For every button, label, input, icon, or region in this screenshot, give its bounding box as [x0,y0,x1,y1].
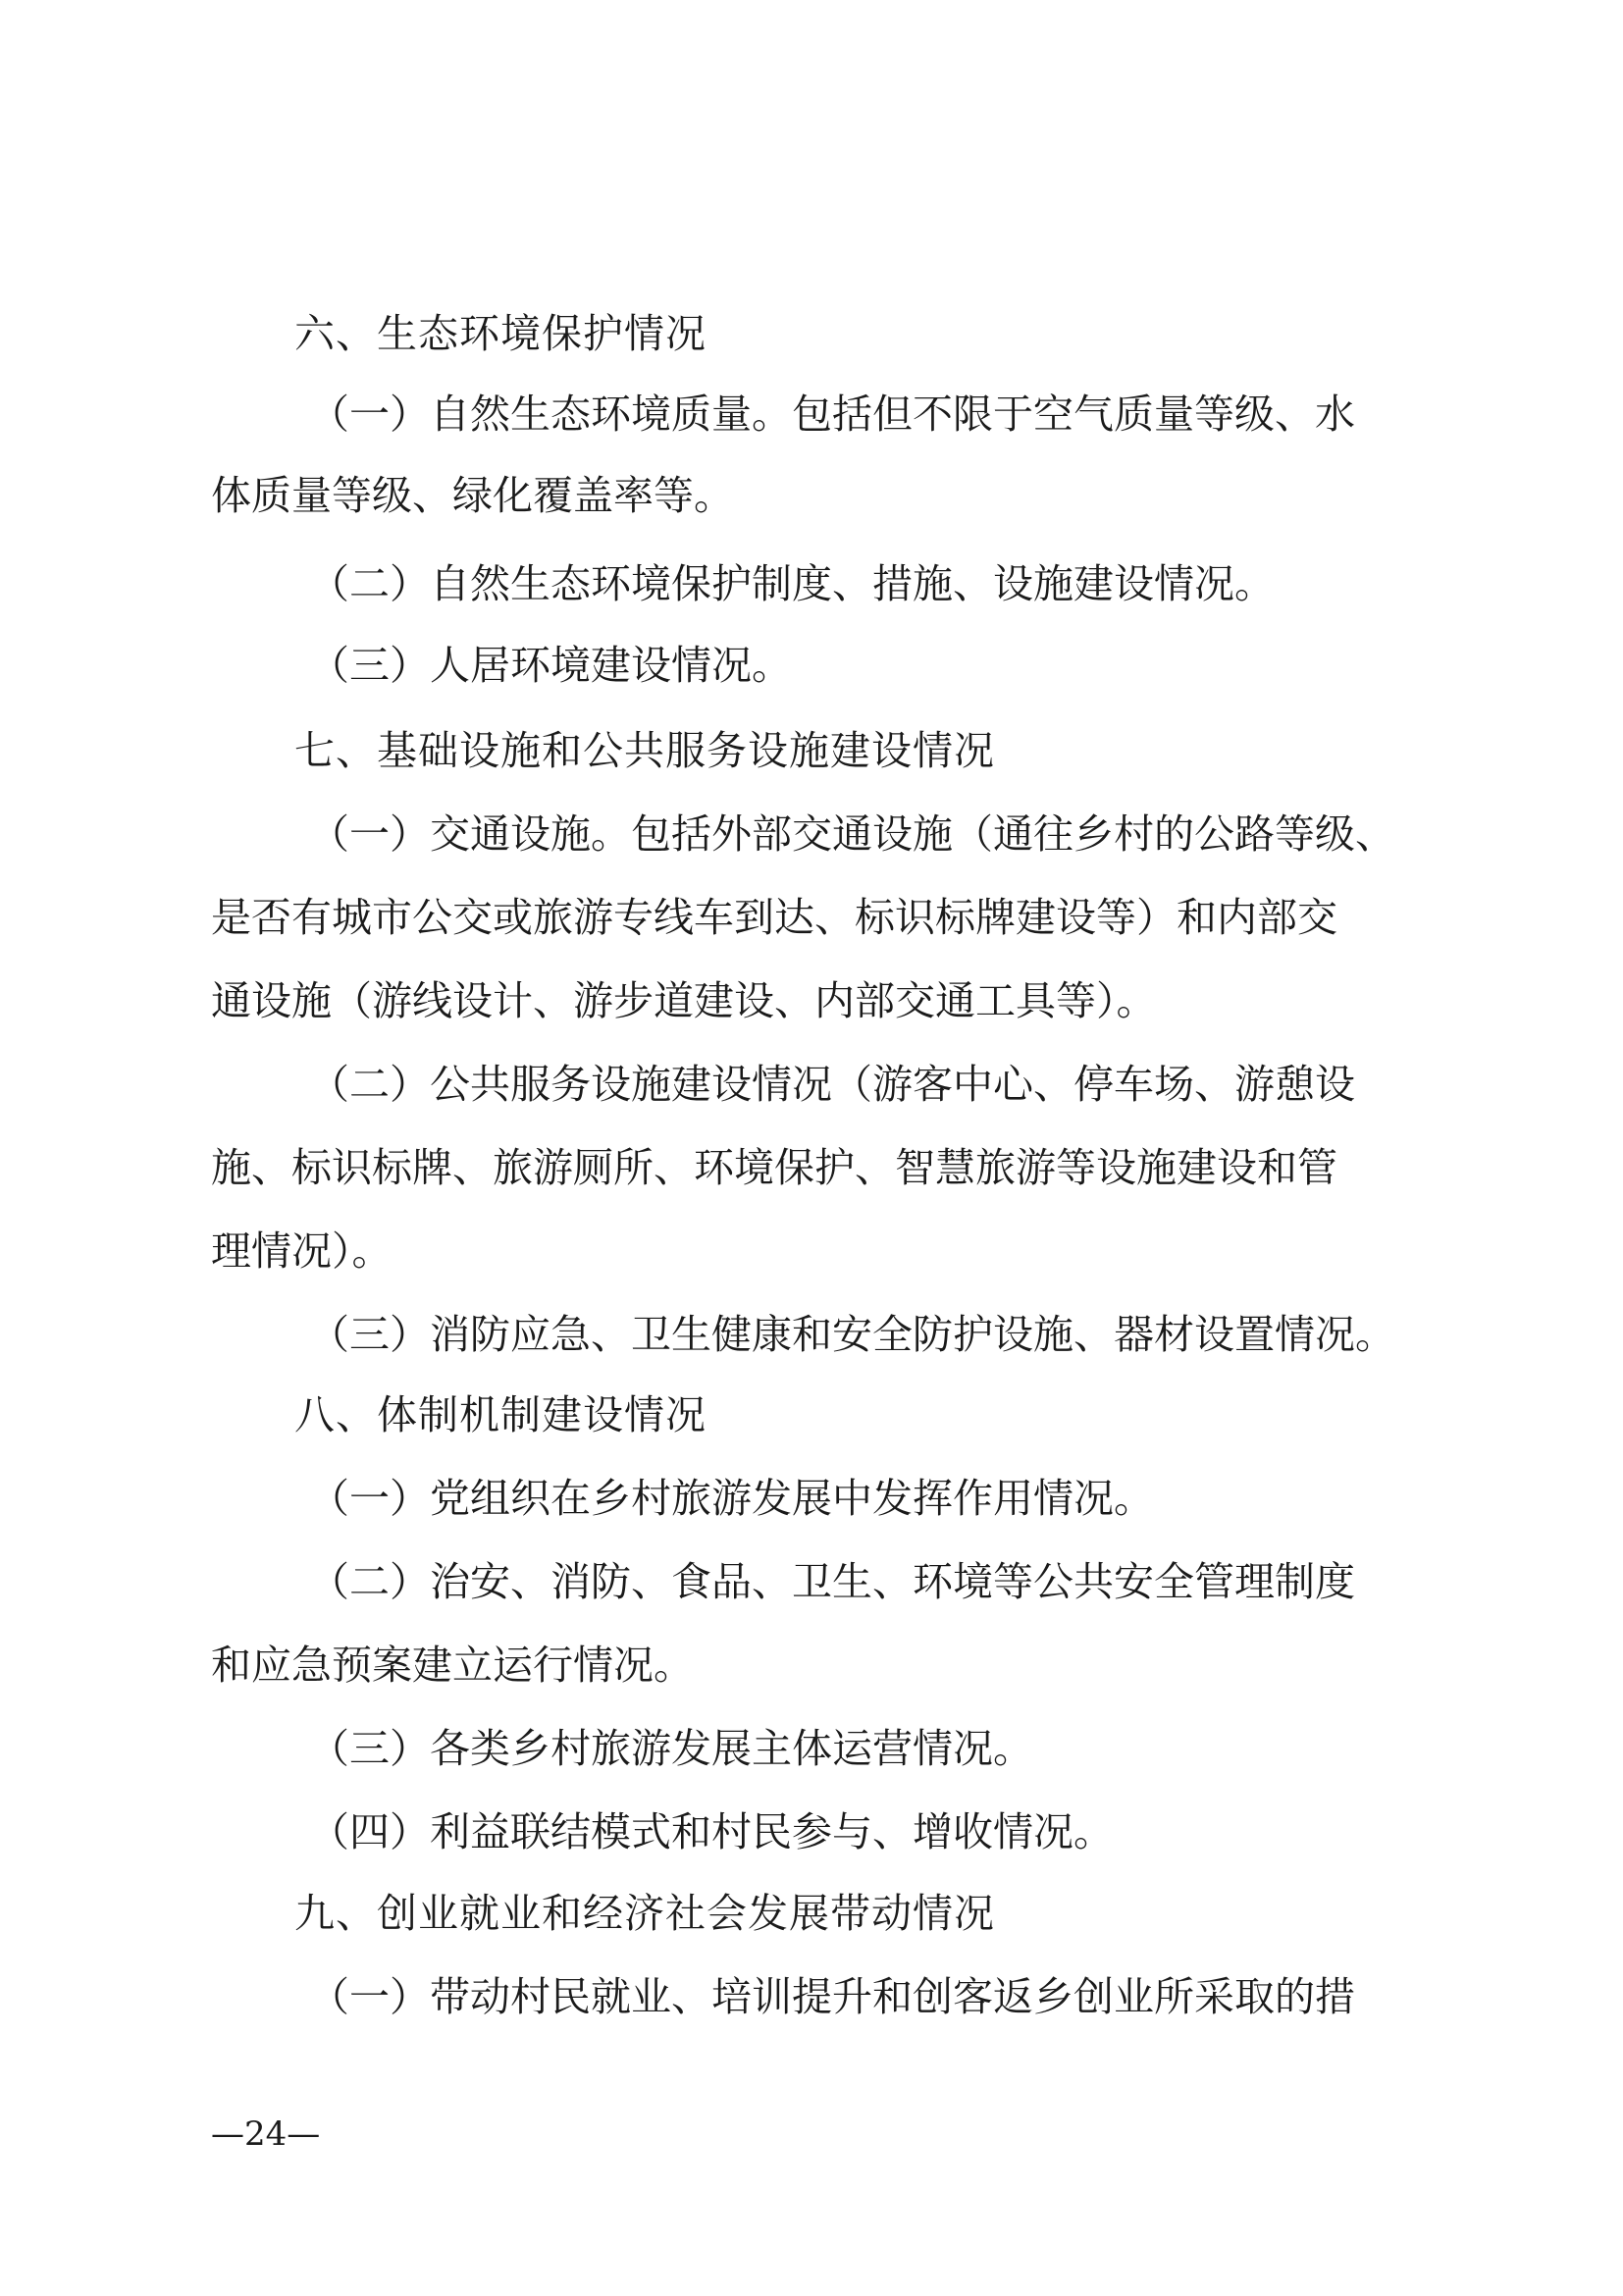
paragraph-line: （三）人居环境建设情况。 [0,636,1623,695]
paragraph-line: （四）利益联结模式和村民参与、增收情况。 [0,1802,1623,1861]
paragraph-line: （一）党组织在乡村旅游发展中发挥作用情况。 [0,1469,1623,1528]
section-heading-7: 七、基础设施和公共服务设施建设情况 [0,721,1623,780]
paragraph-line: （二）治安、消防、食品、卫生、环境等公共安全管理制度 [0,1552,1623,1611]
paragraph-line: （一）交通设施。包括外部交通设施（通往乡村的公路等级、 [0,805,1623,863]
paragraph-line: （一）自然生态环境质量。包括但不限于空气质量等级、水 [0,385,1623,444]
section-heading-6: 六、生态环境保护情况 [0,304,1623,363]
paragraph-line: 施、标识标牌、旅游厕所、环境保护、智慧旅游等设施建设和管 [0,1138,1623,1197]
section-heading-9: 九、创业就业和经济社会发展带动情况 [0,1884,1623,1943]
paragraph-line: （二）公共服务设施建设情况（游客中心、停车场、游憩设 [0,1055,1623,1114]
paragraph-line: 理情况）。 [0,1222,1623,1280]
paragraph-line: （三）消防应急、卫生健康和安全防护设施、器材设置情况。 [0,1305,1623,1364]
paragraph-line: 通设施（游线设计、游步道建设、内部交通工具等）。 [0,971,1623,1030]
paragraph-line: （二）自然生态环境保护制度、措施、设施建设情况。 [0,554,1623,613]
paragraph-line: 和应急预案建立运行情况。 [0,1636,1623,1695]
paragraph-line: 是否有城市公交或旅游专线车到达、标识标牌建设等）和内部交 [0,888,1623,947]
paragraph-line: （三）各类乡村旅游发展主体运营情况。 [0,1719,1623,1778]
page-number: —24— [211,2110,320,2159]
section-heading-8: 八、体制机制建设情况 [0,1385,1623,1444]
paragraph-line: 体质量等级、绿化覆盖率等。 [0,466,1623,525]
paragraph-line: （一）带动村民就业、培训提升和创客返乡创业所采取的措 [0,1967,1623,2026]
